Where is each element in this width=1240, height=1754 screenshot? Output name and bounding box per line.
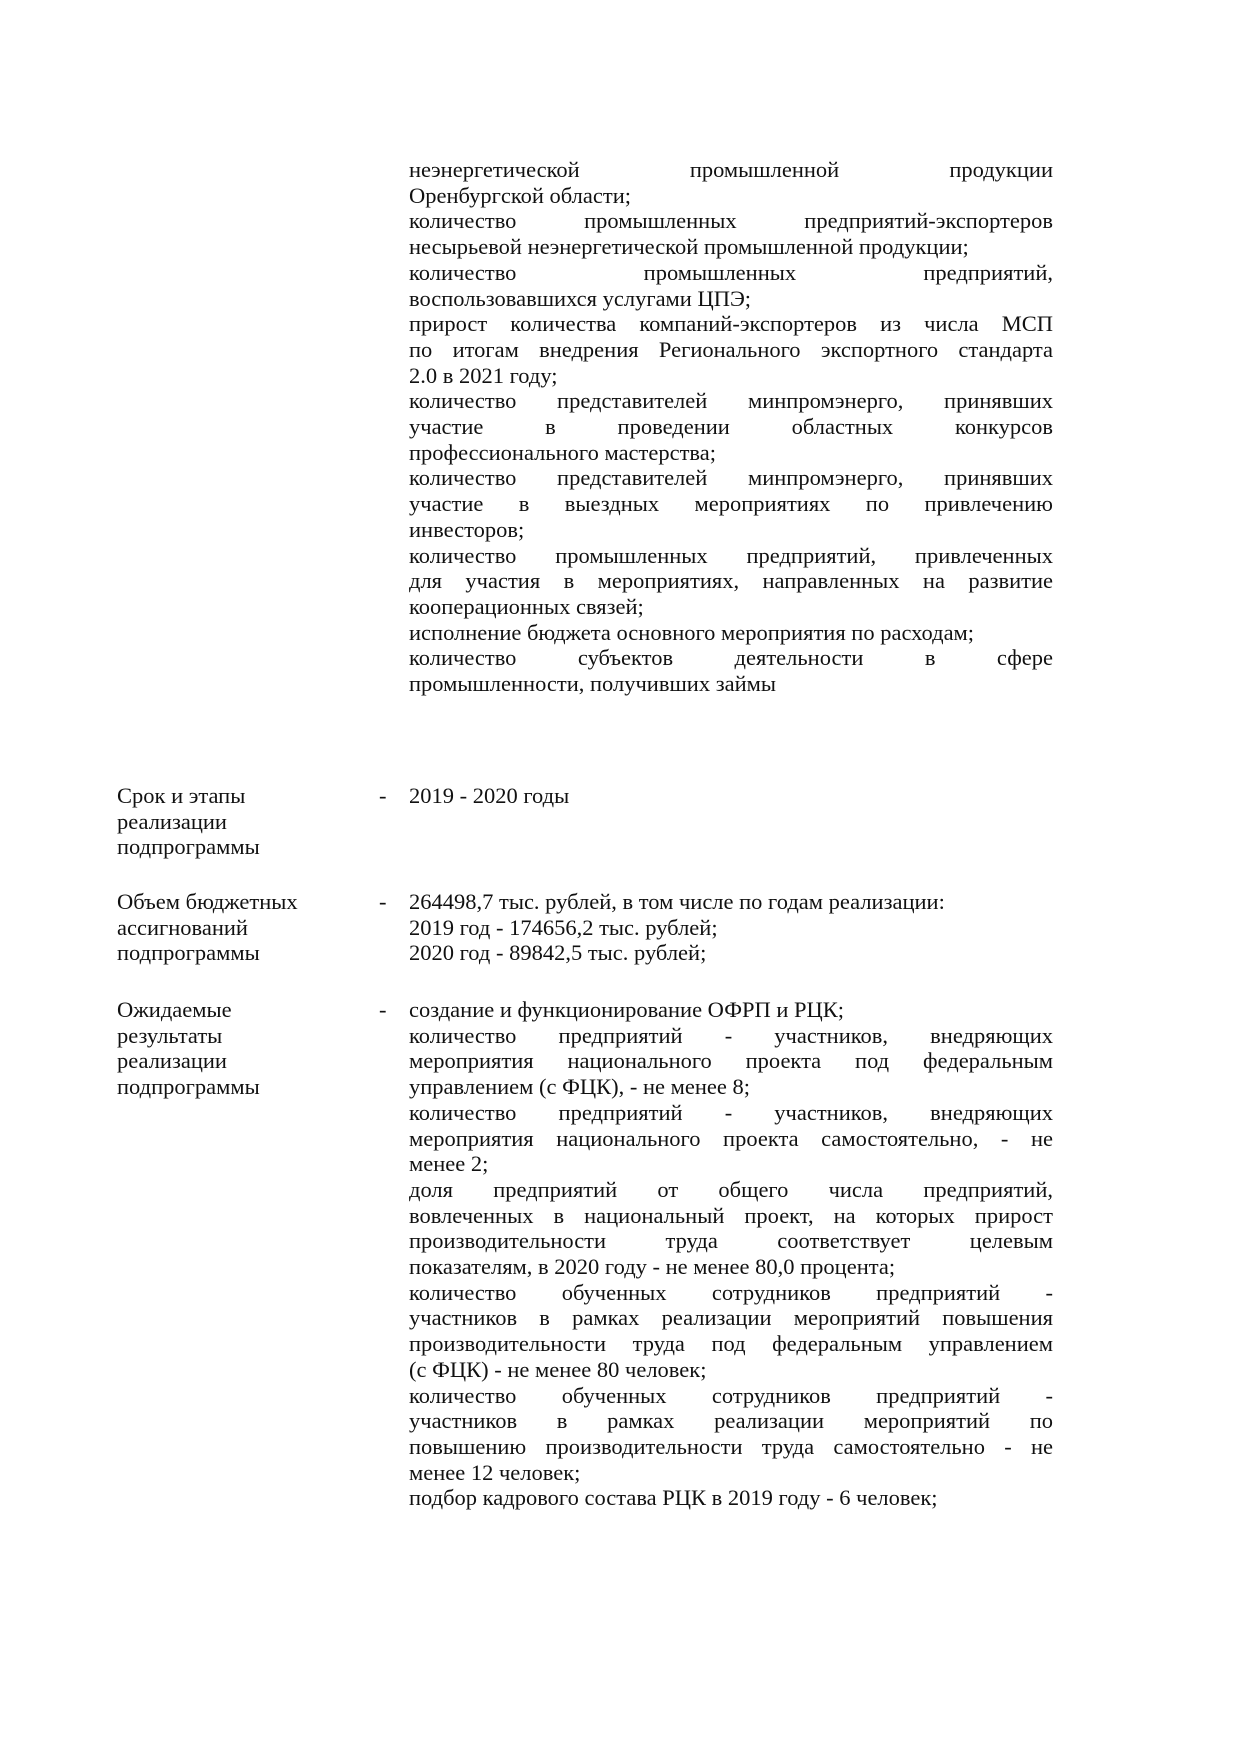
section-label-line: Срок и этапы <box>117 782 245 810</box>
section-label-line: реализации <box>117 1047 227 1075</box>
section-value-line: количество предприятий - участников, вне… <box>409 1099 1053 1127</box>
indicator-text-line: количество промышленных предприятий, <box>409 259 1053 287</box>
section-value-line: 264498,7 тыс. рублей, в том числе по год… <box>409 888 1053 916</box>
indicator-text-line: количество субъектов деятельности в сфер… <box>409 644 1053 672</box>
section-dash: - <box>379 888 387 916</box>
section-value-line: менее 12 человек; <box>409 1459 1053 1487</box>
indicator-text-line: 2.0 в 2021 году; <box>409 362 1053 390</box>
section-label-line: Объем бюджетных <box>117 888 298 916</box>
section-dash: - <box>379 782 387 810</box>
indicator-text-line: исполнение бюджета основного мероприятия… <box>409 619 1053 647</box>
indicator-text-line: количество промышленных предприятий-эксп… <box>409 207 1053 235</box>
indicator-text-line: количество представителей минпромэнерго,… <box>409 464 1053 492</box>
section-label-line: подпрограммы <box>117 1073 260 1101</box>
indicator-text-line: по итогам внедрения Регионального экспор… <box>409 336 1053 364</box>
section-label-line: результаты <box>117 1022 222 1050</box>
section-value-line: производительности труда под федеральным… <box>409 1330 1053 1358</box>
section-value-line: количество обученных сотрудников предпри… <box>409 1279 1053 1307</box>
section-dash: - <box>379 996 387 1024</box>
section-value-line: создание и функционирование ОФРП и РЦК; <box>409 996 1053 1024</box>
section-value-line: менее 2; <box>409 1150 1053 1178</box>
section-value-line: мероприятия национального проекта под фе… <box>409 1047 1053 1075</box>
section-value-line: количество предприятий - участников, вне… <box>409 1022 1053 1050</box>
section-value-line: (с ФЦК) - не менее 80 человек; <box>409 1356 1053 1384</box>
section-value-line: 2019 - 2020 годы <box>409 782 1053 810</box>
section-label-line: ассигнований <box>117 914 248 942</box>
indicator-text-line: для участия в мероприятиях, направленных… <box>409 567 1053 595</box>
section-value-line: управлением (с ФЦК), - не менее 8; <box>409 1073 1053 1101</box>
section-value-line: участников в рамках реализации мероприят… <box>409 1304 1053 1332</box>
section-label-line: подпрограммы <box>117 939 260 967</box>
section-value-line: доля предприятий от общего числа предпри… <box>409 1176 1053 1204</box>
indicator-text-line: кооперационных связей; <box>409 593 1053 621</box>
section-value-line: мероприятия национального проекта самост… <box>409 1125 1053 1153</box>
section-value-line: 2019 год - 174656,2 тыс. рублей; <box>409 914 1053 942</box>
section-value-line: повышению производительности труда самос… <box>409 1433 1053 1461</box>
section-value-line: вовлеченных в национальный проект, на ко… <box>409 1202 1053 1230</box>
indicator-text-line: Оренбургской области; <box>409 182 1053 210</box>
section-value-line: производительности труда соответствует ц… <box>409 1227 1053 1255</box>
document-page: неэнергетической промышленной продукцииО… <box>0 0 1240 1754</box>
section-label-line: Ожидаемые <box>117 996 232 1024</box>
section-value-line: подбор кадрового состава РЦК в 2019 году… <box>409 1484 1053 1512</box>
indicator-text-line: прирост количества компаний-экспортеров … <box>409 310 1053 338</box>
section-value-line: участников в рамках реализации мероприят… <box>409 1407 1053 1435</box>
indicator-text-line: количество промышленных предприятий, при… <box>409 542 1053 570</box>
indicator-text-line: участие в выездных мероприятиях по привл… <box>409 490 1053 518</box>
indicator-text-line: инвесторов; <box>409 516 1053 544</box>
section-label-line: подпрограммы <box>117 833 260 861</box>
indicator-text-line: участие в проведении областных конкурсов <box>409 413 1053 441</box>
indicator-text-line: неэнергетической промышленной продукции <box>409 156 1053 184</box>
section-label-line: реализации <box>117 808 227 836</box>
indicator-text-line: профессионального мастерства; <box>409 439 1053 467</box>
indicator-text-line: промышленности, получивших займы <box>409 670 1053 698</box>
section-value-line: количество обученных сотрудников предпри… <box>409 1382 1053 1410</box>
indicator-text-line: количество представителей минпромэнерго,… <box>409 387 1053 415</box>
section-value-line: показателям, в 2020 году - не менее 80,0… <box>409 1253 1053 1281</box>
indicator-text-line: воспользовавшихся услугами ЦПЭ; <box>409 285 1053 313</box>
section-value-line: 2020 год - 89842,5 тыс. рублей; <box>409 939 1053 967</box>
indicator-text-line: несырьевой неэнергетической промышленной… <box>409 233 1053 261</box>
